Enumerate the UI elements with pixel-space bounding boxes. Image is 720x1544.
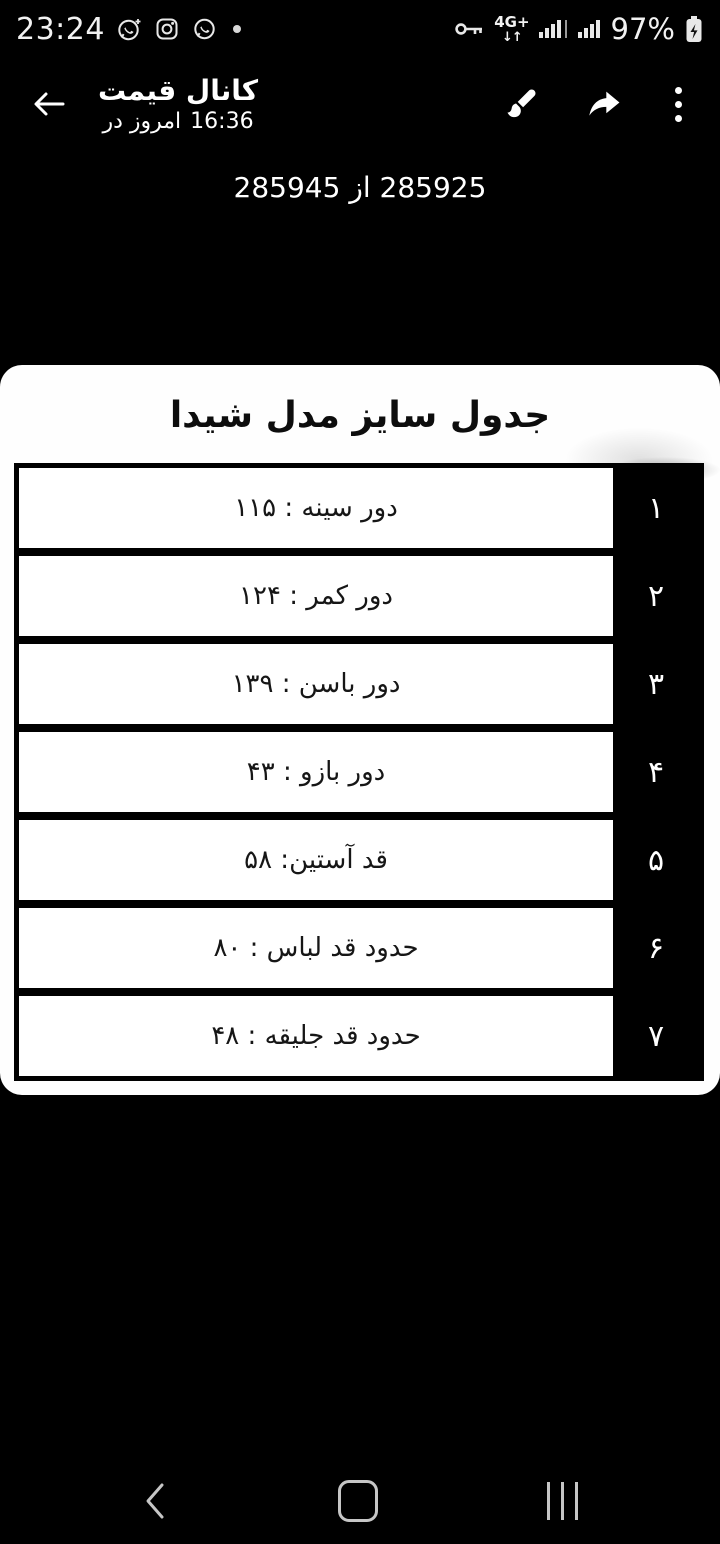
chat-title-block[interactable]: کانال قیمت امروز در16:36 [98, 74, 258, 134]
back-arrow-icon [29, 86, 69, 122]
back-button[interactable] [0, 86, 98, 122]
battery-percent-label: 97% [611, 12, 675, 46]
nav-recents-button[interactable] [547, 1482, 578, 1520]
brush-icon [503, 86, 539, 122]
nav-home-button[interactable] [338, 1480, 378, 1522]
chat-title: کانال قیمت [98, 74, 258, 107]
media-viewer-header: کانال قیمت امروز در16:36 [0, 58, 720, 150]
signal-strength-sim1-icon [539, 16, 569, 42]
measurement-cell: قد آستین: ۵۸ [19, 820, 613, 900]
status-bar: 23:24 [0, 0, 720, 58]
row-number-cell: ۴ [613, 732, 699, 812]
network-type-indicator: 4G+ ↓↑ [494, 15, 529, 44]
table-row: قد آستین: ۵۸ ۵ [19, 820, 699, 900]
photo-size-chart[interactable]: جدول سایز مدل شیدا دور سینه : ۱۱۵ ۱ دور … [0, 365, 720, 1095]
measurement-cell: حدود قد لباس : ۸۰ [19, 908, 613, 988]
table-row: حدود قد جلیقه : ۴۸ ۷ [19, 996, 699, 1076]
measurement-cell: دور کمر : ۱۲۴ [19, 556, 613, 636]
measurement-cell: دور باسن : ۱۳۹ [19, 644, 613, 724]
size-table: دور سینه : ۱۱۵ ۱ دور کمر : ۱۲۴ ۲ دور باس… [14, 463, 704, 1081]
battery-charging-icon [684, 14, 704, 44]
row-number-cell: ۵ [613, 820, 699, 900]
table-row: دور بازو : ۴۳ ۴ [19, 732, 699, 812]
signal-strength-sim2-icon [578, 16, 602, 42]
row-number-cell: ۷ [613, 996, 699, 1076]
vpn-key-icon [453, 16, 485, 42]
nav-home-icon [338, 1480, 378, 1522]
table-row: دور سینه : ۱۱۵ ۱ [19, 468, 699, 548]
menu-dot-icon [675, 115, 682, 122]
nav-back-button[interactable] [142, 1481, 168, 1521]
clock: 23:24 [16, 12, 105, 47]
forward-button[interactable] [585, 87, 623, 121]
overflow-menu-button[interactable] [669, 85, 688, 124]
instagram-notification-icon [154, 16, 180, 42]
row-number-cell: ۲ [613, 556, 699, 636]
whatsapp-plus-notification-icon [116, 16, 143, 43]
table-row: دور کمر : ۱۲۴ ۲ [19, 556, 699, 636]
media-timestamp: امروز در16:36 [102, 109, 253, 134]
android-navigation-bar [0, 1458, 720, 1544]
size-chart-title: جدول سایز مدل شیدا [0, 365, 720, 436]
row-number-cell: ۱ [613, 468, 699, 548]
forward-share-icon [585, 87, 623, 121]
table-row: دور باسن : ۱۳۹ ۳ [19, 644, 699, 724]
measurement-cell: دور بازو : ۴۳ [19, 732, 613, 812]
nav-back-chevron-icon [142, 1481, 168, 1521]
menu-dot-icon [675, 87, 682, 94]
row-number-cell: ۶ [613, 908, 699, 988]
table-row: حدود قد لباس : ۸۰ ۶ [19, 908, 699, 988]
more-notifications-dot-icon [233, 25, 241, 33]
row-number-cell: ۳ [613, 644, 699, 724]
measurement-cell: حدود قد جلیقه : ۴۸ [19, 996, 613, 1076]
menu-dot-icon [675, 101, 682, 108]
nav-recents-icon [547, 1482, 578, 1520]
media-counter: 285925 از 285945 [0, 171, 720, 204]
whatsapp-notification-icon [191, 16, 218, 43]
phone-screen: 23:24 [0, 0, 720, 1544]
measurement-cell: دور سینه : ۱۱۵ [19, 468, 613, 548]
draw-button[interactable] [503, 86, 539, 122]
